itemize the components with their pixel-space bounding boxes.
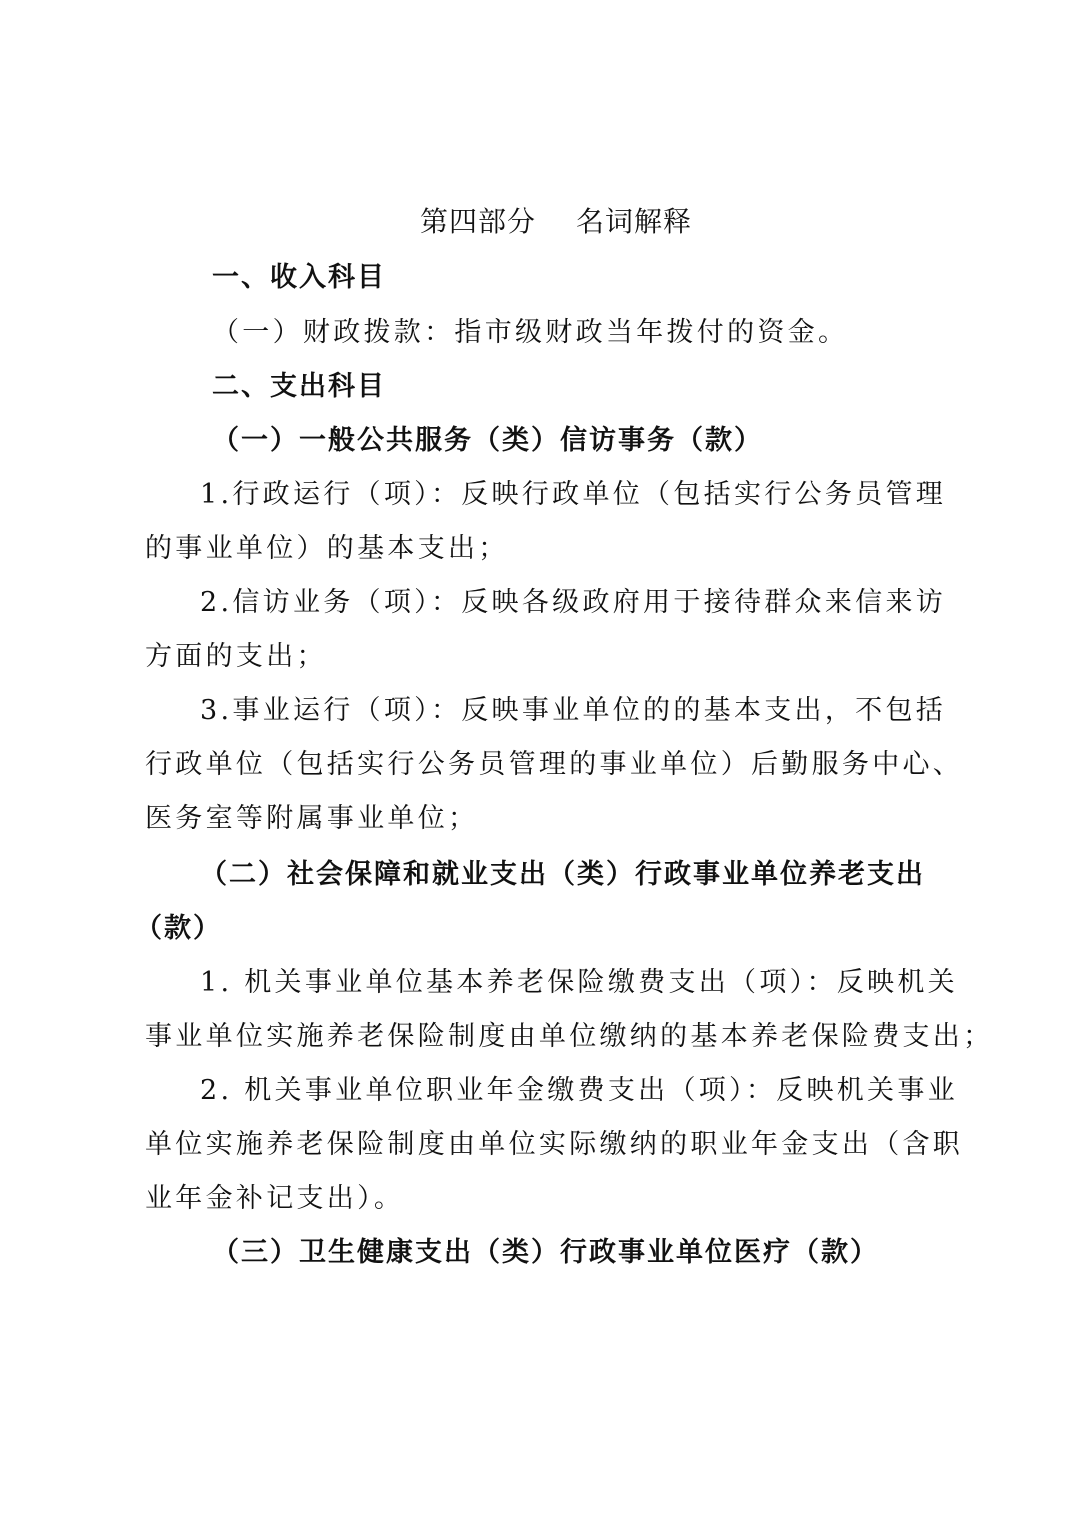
title-name: 名词解释 [576, 205, 692, 238]
paragraph-line: 的事业单位）的基本支出； [145, 531, 509, 567]
paragraph-line: 方面的支出； [145, 639, 327, 675]
paragraph-line: 医务室等附属事业单位； [145, 801, 478, 837]
paragraph-line: 1. 机关事业单位基本养老保险缴费支出（项）：反映机关 [200, 965, 958, 1001]
paragraph-line: 3.事业运行（项）：反映事业单位的的基本支出，不包括 [200, 693, 946, 729]
paragraph-line: 业年金补记支出）。 [145, 1181, 404, 1217]
title-part: 第四部分 [420, 205, 536, 238]
income-item-1: （一）财政拨款：指市级财政当年拨付的资金。 [212, 315, 848, 351]
page-title: 第四部分名词解释 [420, 204, 692, 240]
paragraph-line: 1.行政运行（项）：反映行政单位（包括实行公务员管理 [200, 477, 946, 513]
subsection-heading-3: （三）卫生健康支出（类）行政事业单位医疗（款） [212, 1235, 879, 1271]
subsection-heading-2-cont: （款） [135, 911, 222, 947]
section-heading-income: 一、收入科目 [212, 260, 386, 296]
document-page: 第四部分名词解释 一、收入科目 （一）财政拨款：指市级财政当年拨付的资金。 二、… [0, 0, 1074, 1520]
paragraph-line: 单位实施养老保险制度由单位实际缴纳的职业年金支出（含职 [145, 1127, 963, 1163]
subsection-heading-2: （二）社会保障和就业支出（类）行政事业单位养老支出 [200, 857, 925, 893]
paragraph-line: 行政单位（包括实行公务员管理的事业单位）后勤服务中心、 [145, 747, 963, 783]
paragraph-line: 2.信访业务（项）：反映各级政府用于接待群众来信来访 [200, 585, 946, 621]
paragraph-line: 2. 机关事业单位职业年金缴费支出（项）：反映机关事业 [200, 1073, 958, 1109]
paragraph-line: 事业单位实施养老保险制度由单位缴纳的基本养老保险费支出； [145, 1019, 993, 1055]
section-heading-expense: 二、支出科目 [212, 369, 386, 405]
subsection-heading-1: （一）一般公共服务（类）信访事务（款） [212, 423, 763, 459]
